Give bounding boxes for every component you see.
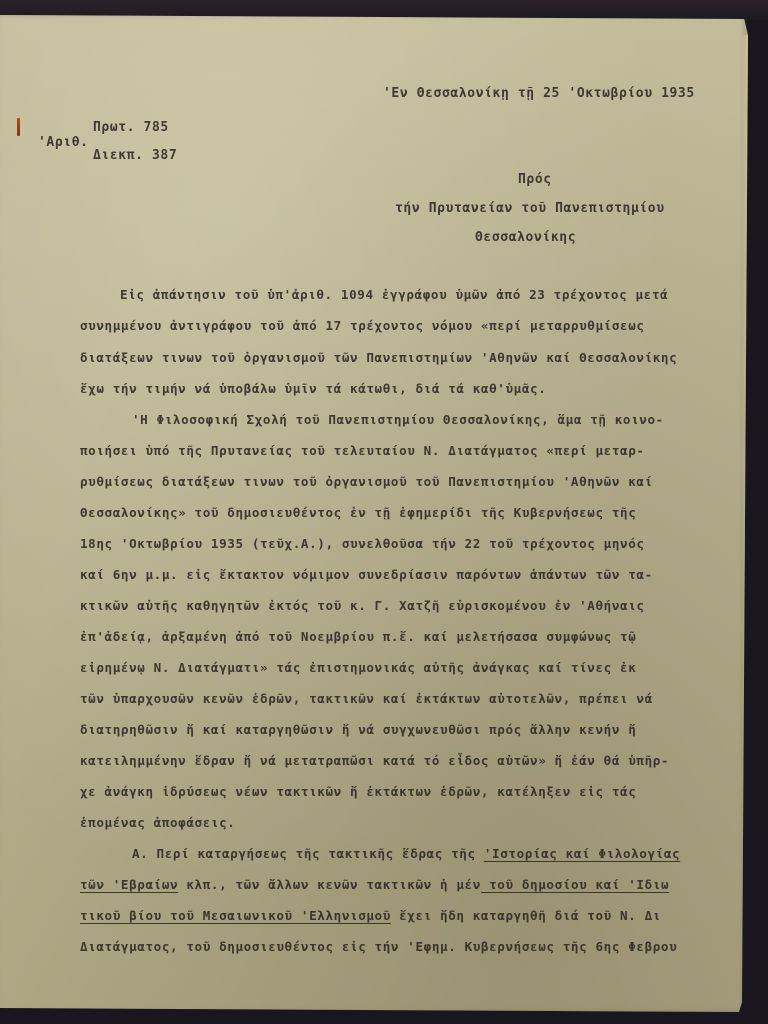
body-line: καί 6ην μ.μ. εἰς ἔκτακτον νόμιμον συνεδρ…: [80, 567, 653, 582]
body-line: Εἰς ἀπάντησιν τοῦ ὑπ'ἀριθ. 1094 ἐγγράφου…: [120, 287, 668, 302]
body-line: τῶν ὑπαρχουσῶν κενῶν ἑδρῶν, τακτικῶν καί…: [80, 691, 653, 706]
reference-label: 'Αριθ.: [38, 135, 89, 150]
section-a-text: Α. Περί καταργήσεως τῆς τακτικῆς ἕδρας τ…: [132, 846, 484, 861]
body-line: διατηρηθῶσιν ἤ καί καταργηθῶσιν ἤ νά συγ…: [80, 722, 636, 737]
body-line: χε ἀνάγκη ἱδρύσεως νέων τακτικῶν ἤ ἐκτάκ…: [80, 784, 636, 799]
body-line: ἔχω τήν τιμήν νά ὑποβάλω ὑμῖν τά κάτωθι,…: [80, 381, 546, 396]
underlined-chair-title: τῶν 'Εβραίων: [80, 877, 178, 892]
addressee-line-1: τήν Πρυτανείαν τοῦ Πανεπιστημίου: [395, 201, 665, 216]
dispatch-number: Διεκπ. 387: [93, 148, 177, 163]
underlined-chair-title: τικοῦ βίου τοῦ Μεσαιωνικοῦ 'Ελληνισμοῦ: [80, 908, 391, 923]
body-line: ἑπομένας ἀποφάσεις.: [80, 815, 235, 830]
underlined-chair-title: τοῦ δημοσίου καί 'Ιδιω: [481, 877, 669, 892]
body-line: 'Η Φιλοσοφική Σχολή τοῦ Πανεπιστημίου Θε…: [132, 412, 664, 427]
paper-edge: [742, 35, 748, 992]
body-line: κτικῶν αὐτῆς καθηγητῶν ἐκτός τοῦ κ. Γ. Χ…: [80, 598, 645, 613]
margin-mark: [17, 118, 20, 136]
dateline: 'Εν Θεσσαλονίκῃ τῇ 25 'Οκτωβρίου 1935: [383, 86, 695, 101]
section-a-line-4: Διατάγματος, τοῦ δημοσιευθέντος εἰς τήν …: [80, 939, 677, 954]
section-a-line-1: Α. Περί καταργήσεως τῆς τακτικῆς ἕδρας τ…: [132, 846, 680, 861]
addressee-to: Πρός: [518, 172, 552, 187]
section-a-line-2: τῶν 'Εβραίων κλπ., τῶν ἄλλων κενῶν τακτι…: [80, 877, 669, 892]
body-line: ἐπ'ἀδείᾳ, ἀρξαμένη ἀπό τοῦ Νοεμβρίου π.ἔ…: [80, 629, 636, 644]
protocol-number: Πρωτ. 785: [93, 120, 169, 135]
body-line: ρυθμίσεως διατάξεων τινων τοῦ ὀργανισμοῦ…: [80, 474, 653, 489]
addressee-line-2: Θεσσαλονίκης: [475, 230, 576, 245]
body-line: 18ης 'Οκτωβρίου 1935 (τεῦχ.Α.), συνελθοῦ…: [80, 536, 645, 551]
section-a-text: κλπ., τῶν ἄλλων κενῶν τακτικῶν ἡ μέν: [178, 877, 481, 892]
body-line: κατειλημμένην ἕδραν ἤ νά μετατραπῶσι κατ…: [80, 753, 669, 768]
underlined-chair-title: 'Ιστορίας καί Φιλολογίας: [484, 846, 680, 861]
body-line: εἰρημένῳ Ν. Διατάγματι» τάς ἐπιστημονικά…: [80, 660, 636, 675]
body-line: Θεσσαλονίκης» τοῦ δημοσιευθέντος ἐν τῇ ἐ…: [80, 505, 636, 520]
body-line: συνημμένου ἀντιγράφου τοῦ ἀπό 17 τρέχοντ…: [80, 318, 645, 333]
body-line: ποιήσει ὑπό τῆς Πρυτανείας τοῦ τελευταίο…: [80, 443, 645, 458]
body-line: διατάξεων τινων τοῦ ὀργανισμοῦ τῶν Πανεπ…: [80, 350, 677, 365]
section-a-text: ἔχει ἤδη καταργηθῆ διά τοῦ Ν. Δι: [391, 908, 661, 923]
section-a-line-3: τικοῦ βίου τοῦ Μεσαιωνικοῦ 'Ελληνισμοῦ ἔ…: [80, 908, 661, 923]
